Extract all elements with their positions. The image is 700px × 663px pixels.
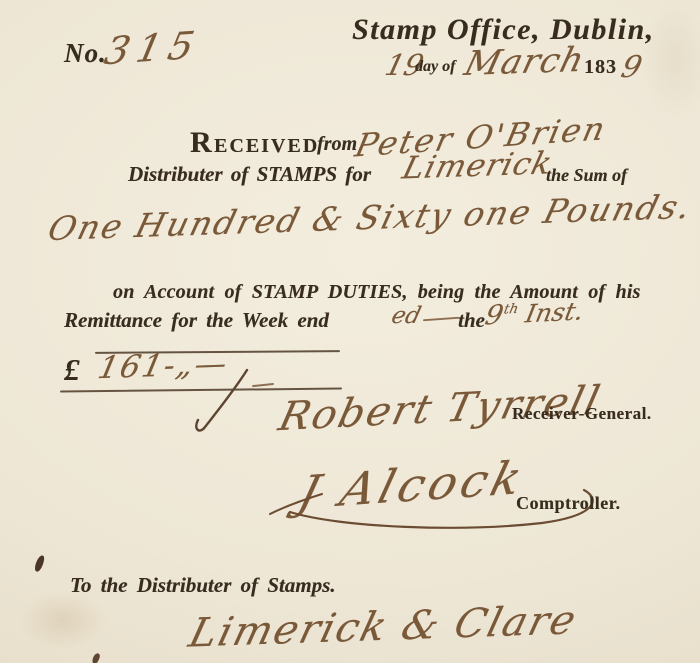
stamp-office-receipt-document: Stamp Office, Dublin, No. 315 19 day of … bbox=[0, 0, 700, 663]
currency-symbol: £ bbox=[64, 352, 80, 388]
week-end-ed-handwritten: ed bbox=[389, 303, 424, 329]
comptroller-title: Comptroller. bbox=[516, 493, 621, 514]
tick-mark bbox=[183, 360, 263, 445]
ink-mark-bottom bbox=[91, 652, 101, 663]
addressee-line: To the Distributer of Stamps. bbox=[70, 573, 336, 598]
districts-handwritten: Limerick & Clare bbox=[184, 597, 582, 656]
receipt-number-value: 315 bbox=[100, 23, 205, 73]
week-date-handwritten: 9th Inst. bbox=[482, 295, 586, 331]
the-label: the bbox=[458, 308, 485, 333]
received-label-initial: R bbox=[190, 126, 212, 160]
date-day-of-label: day of bbox=[415, 58, 455, 76]
amount-in-words-handwritten: One Hundred & Sixty one Pounds. bbox=[44, 187, 696, 248]
sum-of-label: the Sum of bbox=[546, 165, 627, 186]
receipt-number-label: No. bbox=[64, 38, 107, 69]
week-date-superscript: th bbox=[502, 301, 519, 318]
district-handwritten: Limerick bbox=[399, 145, 557, 186]
account-line-2: Remittance for the Week end bbox=[64, 308, 329, 333]
week-date-rest: Inst. bbox=[523, 296, 586, 328]
received-label-rest: ECEIVED bbox=[214, 135, 319, 158]
ink-blot bbox=[34, 554, 46, 572]
date-year-printed: 183 bbox=[584, 56, 617, 79]
pen-dash bbox=[423, 317, 459, 321]
paper-stain bbox=[18, 590, 108, 650]
date-year-final-digit: 9 bbox=[618, 50, 646, 85]
distributer-of-stamps-label: Distributer of STAMPS for bbox=[128, 162, 371, 187]
date-month-handwritten: March bbox=[460, 40, 588, 84]
from-label: from bbox=[317, 133, 357, 156]
receiver-general-title: Receiver-General. bbox=[512, 404, 652, 424]
